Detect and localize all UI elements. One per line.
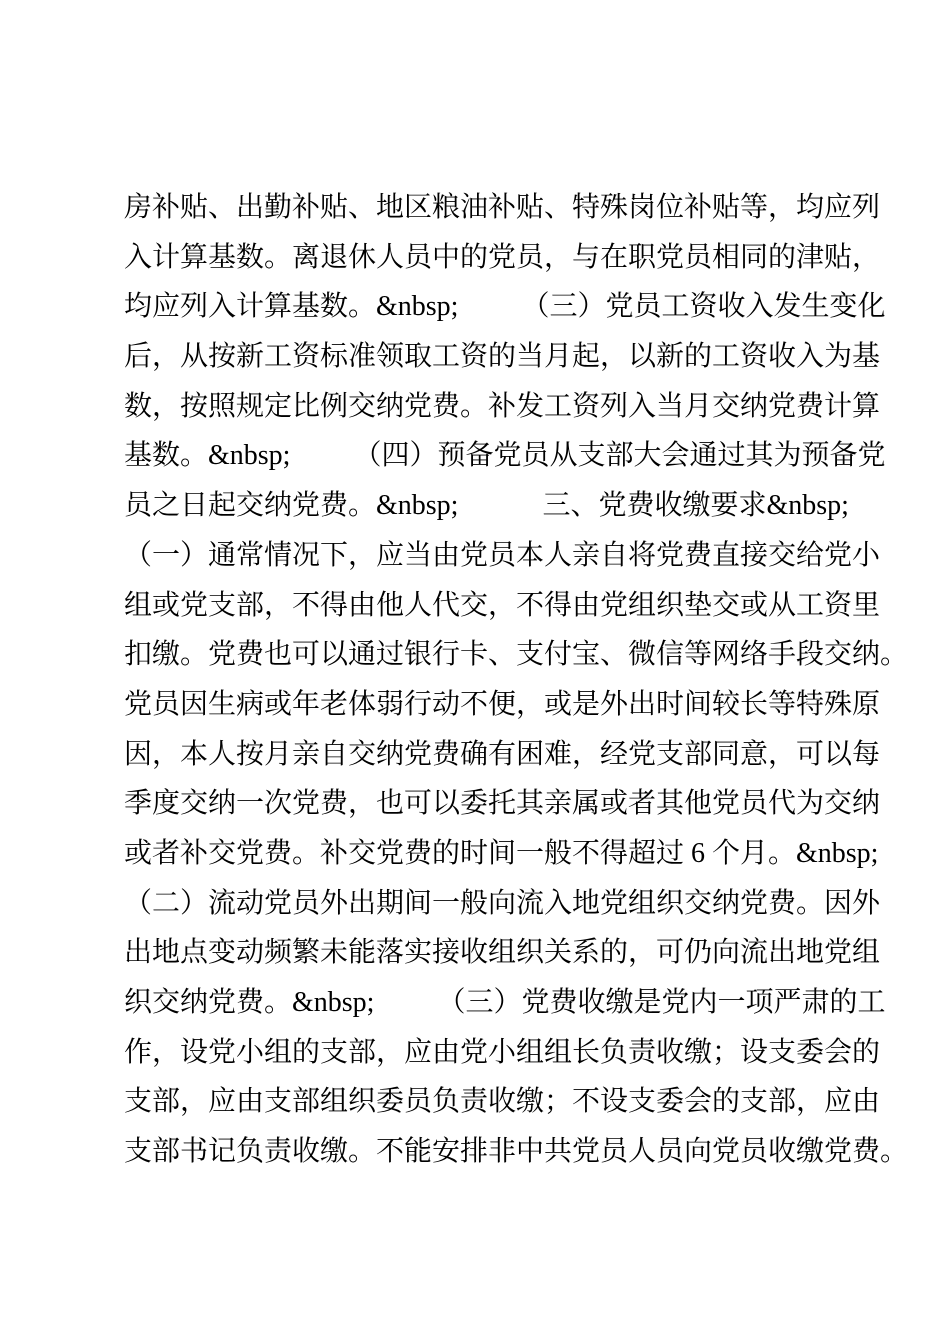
document-page: 房补贴、出勤补贴、地区粮油补贴、特殊岗位补贴等，均应列 入计算基数。离退休人员中…	[0, 0, 950, 1344]
text-line: 支部，应由支部组织委员负责收缴；不设支委会的支部，应由	[124, 1077, 886, 1127]
text-line: 支部书记负责收缴。不能安排非中共党员人员向党员收缴党费。	[124, 1127, 886, 1177]
text-line: （二）流动党员外出期间一般向流入地党组织交纳党费。因外	[124, 879, 886, 929]
text-line: 组或党支部，不得由他人代交，不得由党组织垫交或从工资里	[124, 581, 886, 631]
text-line: 党员因生病或年老体弱行动不便，或是外出时间较长等特殊原	[124, 680, 886, 730]
text-line: 出地点变动频繁未能落实接收组织关系的，可仍向流出地党组	[124, 928, 886, 978]
text-line: 均应列入计算基数。&nbsp; （三）党员工资收入发生变化	[124, 282, 886, 332]
text-line: 季度交纳一次党费，也可以委托其亲属或者其他党员代为交纳	[124, 779, 886, 829]
text-line: 织交纳党费。&nbsp; （三）党费收缴是党内一项严肃的工	[124, 978, 886, 1028]
text-line: 员之日起交纳党费。&nbsp; 三、党费收缴要求&nbsp;	[124, 481, 886, 531]
text-line: 因，本人按月亲自交纳党费确有困难，经党支部同意，可以每	[124, 730, 886, 780]
text-line: （一）通常情况下，应当由党员本人亲自将党费直接交给党小	[124, 531, 886, 581]
text-line: 基数。&nbsp; （四）预备党员从支部大会通过其为预备党	[124, 431, 886, 481]
text-line: 数，按照规定比例交纳党费。补发工资列入当月交纳党费计算	[124, 382, 886, 432]
text-line: 房补贴、出勤补贴、地区粮油补贴、特殊岗位补贴等，均应列	[124, 183, 886, 233]
text-line: 后，从按新工资标准领取工资的当月起，以新的工资收入为基	[124, 332, 886, 382]
document-text-block: 房补贴、出勤补贴、地区粮油补贴、特殊岗位补贴等，均应列 入计算基数。离退休人员中…	[124, 183, 886, 1177]
text-line: 入计算基数。离退休人员中的党员，与在职党员相同的津贴，	[124, 233, 886, 283]
text-line: 或者补交党费。补交党费的时间一般不得超过 6 个月。&nbsp;	[124, 829, 886, 879]
text-line: 作，设党小组的支部，应由党小组组长负责收缴；设支委会的	[124, 1028, 886, 1078]
text-line: 扣缴。党费也可以通过银行卡、支付宝、微信等网络手段交纳。	[124, 630, 886, 680]
